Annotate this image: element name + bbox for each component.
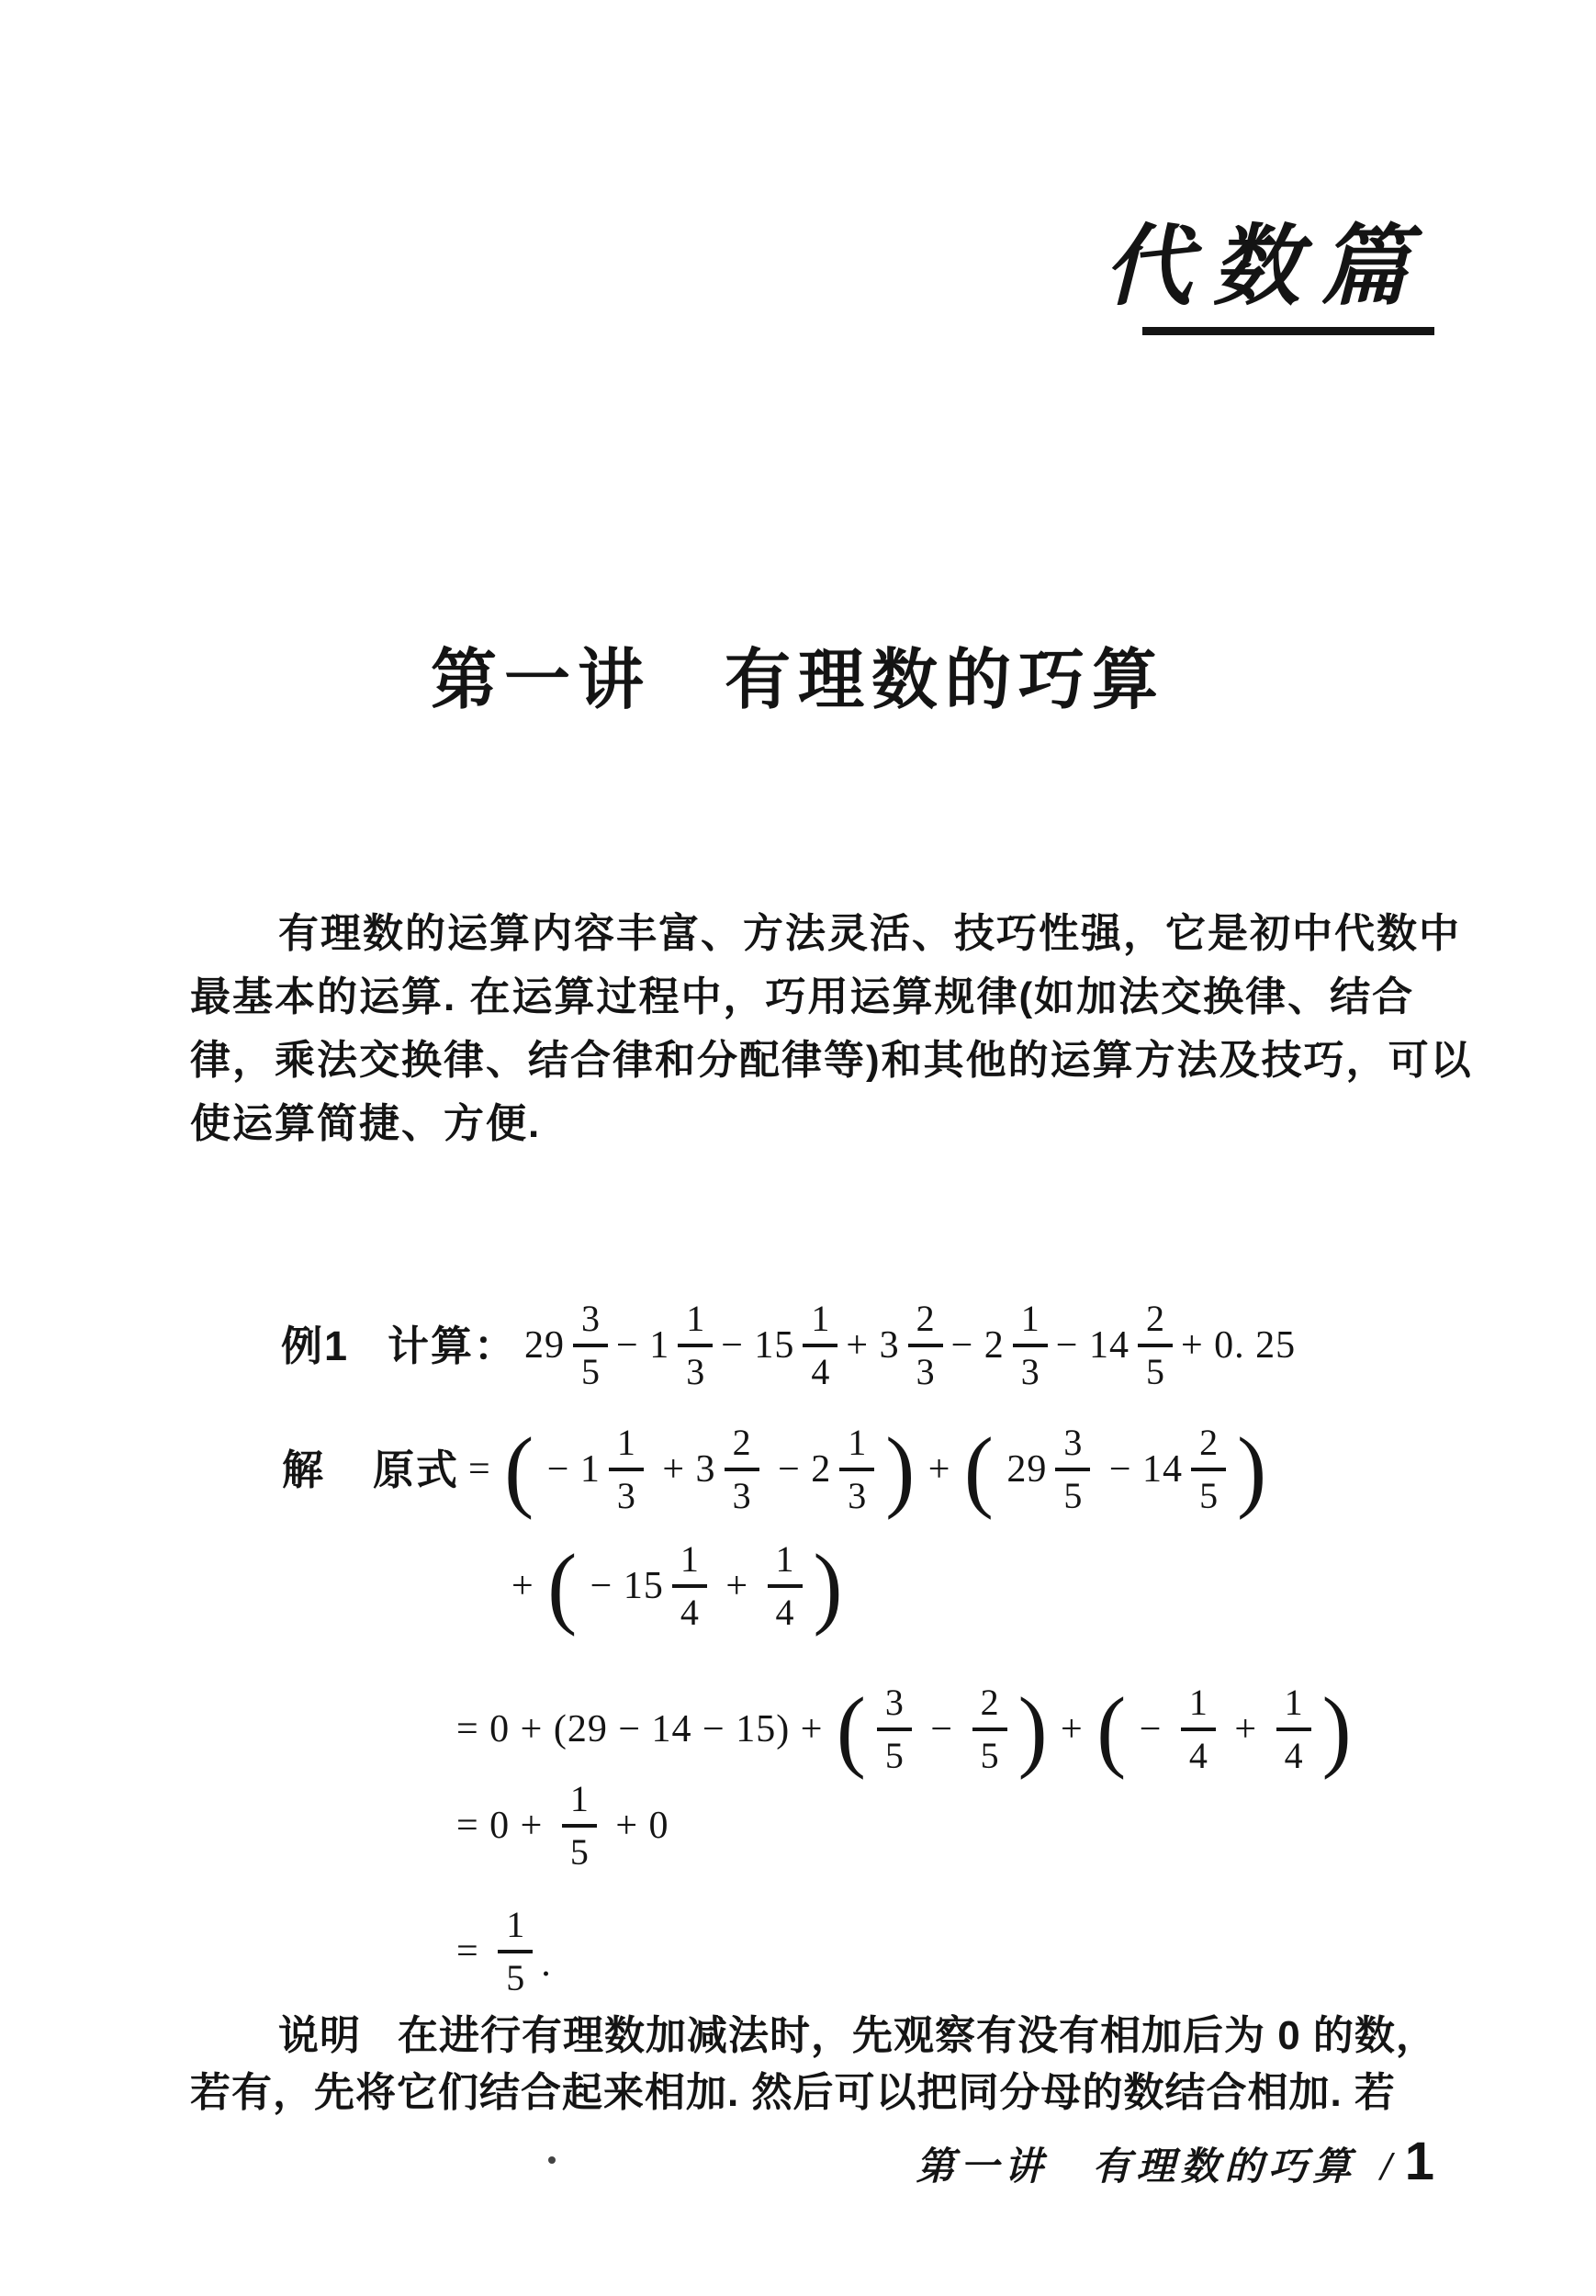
fraction-numerator: 2 — [972, 1684, 1007, 1728]
math-text: + — [917, 1450, 961, 1489]
fraction-denominator: 3 — [1013, 1344, 1048, 1390]
footer-separator: / — [1381, 2143, 1392, 2189]
math-text: = 0 + (29 − 14 − 15) + — [456, 1710, 834, 1749]
intro-line: 使运算简捷、方便. — [190, 1092, 1414, 1155]
math-text: + — [1224, 1710, 1268, 1749]
fraction-denominator: 4 — [1276, 1728, 1311, 1774]
solution-expression: = ( − 113 + 323 − 213) + ( 2935 − 1425) — [468, 1424, 1269, 1514]
solution-line-5: = 15. — [456, 1906, 552, 1998]
math-text: − 14 — [1056, 1326, 1130, 1365]
math-text: = 0 + — [456, 1806, 554, 1845]
fraction-denominator: 3 — [678, 1344, 713, 1390]
fraction: 35 — [877, 1684, 912, 1774]
math-text: − 1 — [536, 1450, 601, 1489]
math-text: − 14 — [1098, 1450, 1183, 1489]
fraction: 25 — [972, 1684, 1007, 1774]
big-left-paren: ( — [1096, 1688, 1126, 1771]
example-prompt: 计算： — [388, 1325, 517, 1367]
big-right-paren: ) — [1237, 1428, 1266, 1511]
math-text: − 15 — [579, 1567, 664, 1605]
fraction-denominator: 5 — [1191, 1468, 1226, 1514]
math-text: + 3 — [652, 1450, 716, 1489]
solution-line-2: + ( − 1514 + 14) — [511, 1536, 846, 1637]
intro-line: 律，乘法交换律、结合律和分配律等)和其他的运算方法及技巧，可以 — [190, 1029, 1414, 1092]
big-right-paren: ) — [1018, 1688, 1048, 1771]
fraction-denominator: 3 — [609, 1468, 644, 1514]
fraction: 35 — [1055, 1424, 1090, 1514]
fraction-denominator: 5 — [498, 1950, 533, 1997]
big-left-paren: ( — [504, 1428, 534, 1511]
scan-speck — [548, 2156, 556, 2164]
fraction: 15 — [498, 1907, 533, 1997]
intro-line: 最基本的运算. 在运算过程中，巧用运算规律(如加法交换律、结合 — [190, 965, 1414, 1029]
fraction-numerator: 1 — [678, 1300, 713, 1344]
fraction-numerator: 2 — [1138, 1300, 1173, 1344]
solution-line-4: = 0 + 15 + 0 — [456, 1780, 669, 1872]
fraction-numerator: 1 — [498, 1907, 533, 1950]
fraction-numerator: 3 — [573, 1300, 608, 1344]
big-left-paren: ( — [837, 1688, 866, 1771]
math-text: − 1 — [616, 1326, 669, 1365]
math-text: − 2 — [768, 1450, 832, 1489]
fraction-numerator: 1 — [768, 1541, 803, 1584]
fraction-numerator: 1 — [609, 1424, 644, 1468]
intro-paragraph: 有理数的运算内容丰富、方法灵活、技巧性强，它是初中代数中 最基本的运算. 在运算… — [190, 902, 1414, 1155]
example-1-statement: 例1 计算： 2935− 113− 1514+ 323− 213− 1425+ … — [281, 1288, 1296, 1403]
fraction: 23 — [908, 1300, 943, 1390]
math-text: + 0 — [605, 1806, 669, 1845]
fraction-numerator: 1 — [562, 1781, 597, 1824]
fraction: 14 — [768, 1541, 803, 1631]
fraction: 25 — [1138, 1300, 1173, 1390]
big-right-paren: ) — [814, 1545, 843, 1627]
math-text: = — [468, 1450, 501, 1489]
fraction: 14 — [1181, 1684, 1216, 1774]
math-text: + — [511, 1567, 545, 1605]
fraction-numerator: 1 — [1181, 1684, 1216, 1728]
math-text: − — [920, 1710, 964, 1749]
fraction-numerator: 1 — [672, 1541, 707, 1584]
fraction: 14 — [803, 1300, 837, 1390]
fraction-denominator: 5 — [1138, 1344, 1173, 1390]
big-left-paren: ( — [964, 1428, 994, 1511]
fraction: 35 — [573, 1300, 608, 1390]
fraction: 25 — [1191, 1424, 1226, 1514]
math-text: + 0. 25 — [1181, 1326, 1296, 1365]
big-right-paren: ) — [885, 1428, 915, 1511]
fraction: 14 — [672, 1541, 707, 1631]
note-paragraph: 说明在进行有理数加减法时，先观察有没有相加后为 0 的数， 若有，先将它们结合起… — [190, 2008, 1421, 2122]
fraction-denominator: 5 — [877, 1728, 912, 1774]
math-text: + 3 — [846, 1326, 899, 1365]
fraction: 14 — [1276, 1684, 1311, 1774]
solution-line-1: 解 原式 = ( − 113 + 323 − 213) + ( 2935 − 1… — [282, 1414, 1269, 1525]
fraction: 13 — [678, 1300, 713, 1390]
fraction-denominator: 3 — [839, 1468, 874, 1514]
big-left-paren: ( — [547, 1545, 577, 1627]
footer-chapter-title: 第一讲 有理数的巧算 — [916, 2136, 1356, 2191]
fraction-denominator: 3 — [725, 1468, 759, 1514]
fraction-numerator: 2 — [1191, 1424, 1226, 1468]
section-header: 代数篇 — [1102, 219, 1434, 335]
fraction: 13 — [839, 1424, 874, 1514]
intro-line: 有理数的运算内容丰富、方法灵活、技巧性强，它是初中代数中 — [190, 902, 1414, 965]
fraction-numerator: 3 — [1055, 1424, 1090, 1468]
note-label: 说明 — [278, 2013, 361, 2058]
fraction: 13 — [609, 1424, 644, 1514]
fraction-denominator: 4 — [672, 1584, 707, 1631]
solution-line-3: = 0 + (29 − 14 − 15) + (35 − 25) + ( − 1… — [456, 1679, 1354, 1780]
original-expression-label: 原式 — [373, 1449, 459, 1491]
math-text: 29 — [996, 1450, 1048, 1489]
math-text: + — [715, 1567, 759, 1605]
fraction-numerator: 1 — [839, 1424, 874, 1468]
page-footer: 第一讲 有理数的巧算 / 1 — [916, 2131, 1434, 2192]
math-text: . — [541, 1944, 552, 1998]
math-text: + — [1051, 1710, 1095, 1749]
fraction-denominator: 5 — [573, 1344, 608, 1390]
book-page: 代数篇 第一讲 有理数的巧算 有理数的运算内容丰富、方法灵活、技巧性强，它是初中… — [0, 0, 1596, 2296]
fraction-numerator: 1 — [803, 1300, 837, 1344]
chapter-title: 第一讲 有理数的巧算 — [0, 641, 1596, 720]
fraction-denominator: 4 — [768, 1584, 803, 1631]
example-expression: 2935− 113− 1514+ 323− 213− 1425+ 0. 25 — [524, 1300, 1296, 1390]
footer-page-number: 1 — [1405, 2131, 1434, 2192]
fraction-denominator: 3 — [908, 1344, 943, 1390]
math-text: − — [1129, 1710, 1173, 1749]
math-text: 29 — [524, 1326, 565, 1365]
fraction-denominator: 4 — [803, 1344, 837, 1390]
section-underline — [1142, 327, 1434, 335]
fraction-denominator: 5 — [972, 1728, 1007, 1774]
fraction-denominator: 4 — [1181, 1728, 1216, 1774]
math-text: − 15 — [721, 1326, 794, 1365]
fraction-numerator: 1 — [1276, 1684, 1311, 1728]
math-text: = — [456, 1932, 489, 1971]
fraction-denominator: 5 — [562, 1824, 597, 1871]
big-right-paren: ) — [1322, 1688, 1352, 1771]
fraction: 15 — [562, 1781, 597, 1871]
solve-label: 解 — [282, 1449, 325, 1491]
note-text: 在进行有理数加减法时，先观察有没有相加后为 0 的数， — [398, 2013, 1437, 2058]
fraction: 13 — [1013, 1300, 1048, 1390]
math-text: − 2 — [951, 1326, 1005, 1365]
fraction-numerator: 2 — [908, 1300, 943, 1344]
fraction-denominator: 5 — [1055, 1468, 1090, 1514]
fraction-numerator: 2 — [725, 1424, 759, 1468]
example-label: 例1 — [281, 1325, 349, 1367]
section-title-calligraphy: 代数篇 — [1102, 219, 1434, 325]
note-line: 若有，先将它们结合起来相加. 然后可以把同分母的数结合相加. 若 — [190, 2065, 1421, 2122]
fraction-numerator: 1 — [1013, 1300, 1048, 1344]
fraction-numerator: 3 — [877, 1684, 912, 1728]
fraction: 23 — [725, 1424, 759, 1514]
note-line: 说明在进行有理数加减法时，先观察有没有相加后为 0 的数， — [190, 2008, 1421, 2065]
